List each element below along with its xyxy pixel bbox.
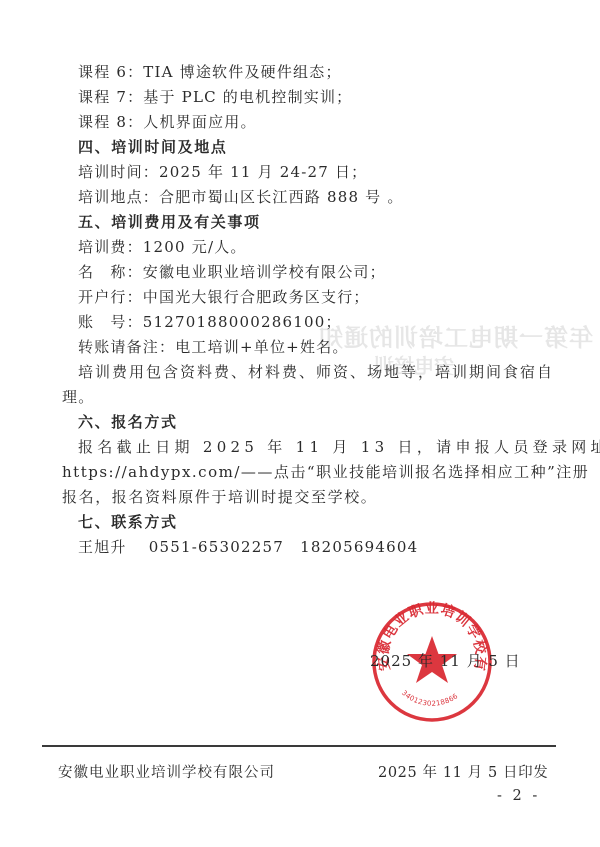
training-fee-line: 培训费：1200 元/人。 bbox=[78, 237, 247, 257]
signature-date: 2025 年 11 月 5 日 bbox=[370, 650, 521, 671]
footer-issue-date: 2025 年 11 月 5 日印发 bbox=[378, 761, 548, 782]
bank-line: 开户行：中国光大银行合肥政务区支行； bbox=[78, 287, 370, 307]
account-number-line: 账 号：51270188000286100； bbox=[78, 312, 342, 332]
fee-includes-line-2: 理。 bbox=[62, 387, 94, 407]
section-4-heading: 四、培训时间及地点 bbox=[78, 137, 227, 157]
registration-line-2: https://ahdypx.com/——点击“职业技能培训报名选择相应工种”注… bbox=[62, 462, 589, 482]
section-6-heading: 六、报名方式 bbox=[78, 412, 178, 432]
document-page: 关于开展 2025 年第一期电工培训的通知 安电培训 课程 6：TIA 博途软件… bbox=[0, 0, 600, 847]
footer-issuer: 安徽电业职业培训学校有限公司 bbox=[58, 761, 275, 782]
training-time-line: 培训时间：2025 年 11 月 24-27 日； bbox=[78, 162, 367, 182]
training-location-line: 培训地点：合肥市蜀山区长江西路 888 号 。 bbox=[78, 187, 404, 207]
registration-line-3: 报名，报名资料原件于培训时提交至学校。 bbox=[62, 487, 377, 507]
registration-line-1: 报名截止日期 2025 年 11 月 13 日，请申报人员登录网址 bbox=[78, 437, 600, 457]
page-number: - 2 - bbox=[497, 788, 540, 804]
svg-text:3401230218866: 3401230218866 bbox=[400, 689, 460, 708]
course-7-line: 课程 7：基于 PLC 的电机控制实训； bbox=[78, 87, 352, 107]
bleed-through-title: 关于开展 2025 年第一期电工培训的通知 bbox=[318, 318, 600, 353]
section-5-heading: 五、培训费用及有关事项 bbox=[78, 212, 261, 232]
transfer-note-line: 转账请备注：电工培训+单位+姓名。 bbox=[78, 337, 349, 357]
fee-includes-line-1: 培训费用包含资料费、材料费、师资、场地等，培训期间食宿自 bbox=[78, 362, 554, 382]
course-6-line: 课程 6：TIA 博途软件及硬件组态； bbox=[78, 62, 342, 82]
account-name-line: 名 称：安徽电业职业培训学校有限公司； bbox=[78, 262, 386, 282]
footer-rule bbox=[42, 745, 556, 747]
section-7-heading: 七、联系方式 bbox=[78, 512, 178, 532]
contact-line: 王旭升 0551-65302257 18205694604 bbox=[78, 537, 418, 557]
course-8-line: 课程 8：人机界面应用。 bbox=[78, 112, 257, 132]
